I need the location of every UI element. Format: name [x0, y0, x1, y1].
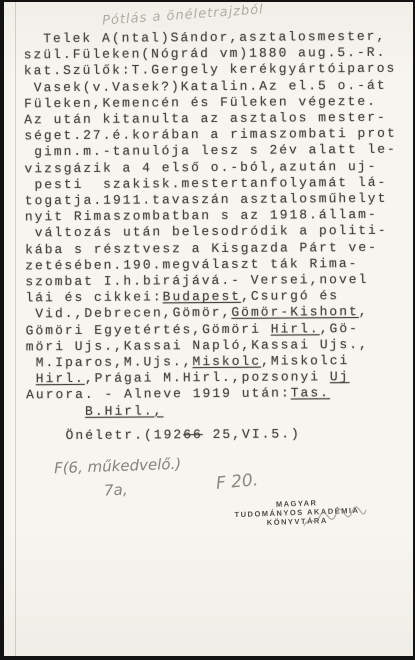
typed-text-segment: Uj — [330, 369, 350, 384]
typed-text-segment: kat.Szülők:T.Gergely kerékgyártóiparos — [24, 61, 397, 79]
typed-text-segment: ,Miskolci — [261, 353, 349, 369]
typed-text-segment: pesti szakisk.mestertanfolyamát lá- — [34, 175, 387, 192]
typed-text-segment: Hirl. — [36, 371, 85, 386]
typed-text-segment: ,Csurgó és — [241, 288, 339, 304]
typed-text-segment: nyit Rimaszombatban s az 1918.állam- — [25, 207, 378, 224]
typed-text-segment: gimn.m.-tanulója lesz s 2év alatt le- — [34, 142, 397, 160]
typed-text-segment: változás után belesodródik a politi- — [35, 223, 388, 240]
typed-text-segment: ,Gö- — [320, 321, 359, 336]
typed-text-segment: szombat I.h.birájává.- Versei,novel — [25, 272, 368, 289]
typed-text-segment: Vid.,Debrecen,Gömör, — [35, 305, 231, 321]
typed-text-segment: Gömör-Kishont — [231, 304, 359, 320]
handwritten-note-top: Pótlás a önéletrajzból — [102, 2, 265, 28]
typed-line: Hirl.,Prágai M.Hirl.,pozsonyi Uj — [26, 369, 406, 388]
typed-text-segment: Önéletr.(192 — [66, 427, 184, 443]
typed-line: Önéletr.(19266 25,VI.5.) — [26, 426, 406, 445]
typed-line: B.Hirl., — [26, 401, 406, 420]
typed-text-segment: möri Ujs.,Kassai Napló,Kassai Ujs., — [26, 337, 369, 354]
handwritten-code-left: F(6, műkedvelő.) — [54, 455, 182, 477]
typed-text-block: Telek A(ntal)Sándor,asztalosmester,szül.… — [24, 29, 407, 445]
typed-text-segment: Az után kitanulta az asztalos mester- — [24, 110, 387, 128]
typed-text-segment: vizsgázik a 4 első o.-ból,azután uj- — [24, 158, 377, 175]
handwritten-pencil-code: F 20. — [215, 470, 259, 494]
typed-text-segment: B.Hirl., — [85, 403, 164, 419]
typed-text-segment: Aurora. - Alneve 1919 után: — [26, 386, 291, 403]
typed-text-segment: Miskolc — [192, 354, 261, 369]
typed-text-segment: Vasek(v.Vasek?)Katalin.Az el.5 o.-át — [34, 77, 387, 94]
typed-text-segment: séget.27.é.korában a rimaszombati prot — [24, 126, 397, 144]
typed-text-segment: szül.Füleken(Nógrád vm)1880 aug.5.-R. — [24, 45, 387, 63]
typed-text-segment: ,Prágai M.Hirl.,pozsonyi — [85, 369, 330, 386]
typed-text-segment: M.Iparos,M.Ujs., — [36, 354, 193, 370]
typed-text-segment: Tas. — [291, 386, 330, 401]
typed-text-segment: 66 — [183, 427, 203, 442]
typed-text-segment: Füleken,Kemencén és Füleken végezte. — [24, 94, 377, 111]
typed-text-segment: kába s résztvesz a Kisgazda Párt ve- — [25, 240, 378, 257]
handwritten-code-7a: 7a, — [104, 480, 128, 499]
pencil-squiggle — [300, 494, 370, 539]
scanned-card: Pótlás a önéletrajzból Telek A(ntal)Sánd… — [0, 0, 415, 660]
typed-text-segment: togatja.1911.tavaszán asztalosműhelyt — [25, 191, 388, 209]
typed-text-segment: Budapest — [163, 289, 242, 305]
typed-text-segment: Telek A(ntal)Sándor,asztalosmester, — [43, 29, 386, 46]
typed-text-segment: Hirl. — [271, 321, 320, 336]
typed-line: szombat I.h.birájává.- Versei,novel — [25, 272, 405, 291]
typed-text-segment: 25,VI.5.) — [203, 426, 301, 442]
fold-line — [15, 2, 16, 656]
typed-text-segment: , — [359, 304, 369, 319]
typed-text-segment: Gömöri Egyetértés,Gömöri — [26, 321, 271, 338]
typed-text-segment: zetésében.190.megválaszt ták Rima- — [25, 256, 358, 273]
typed-text-segment: lái és cikkei: — [25, 290, 162, 306]
